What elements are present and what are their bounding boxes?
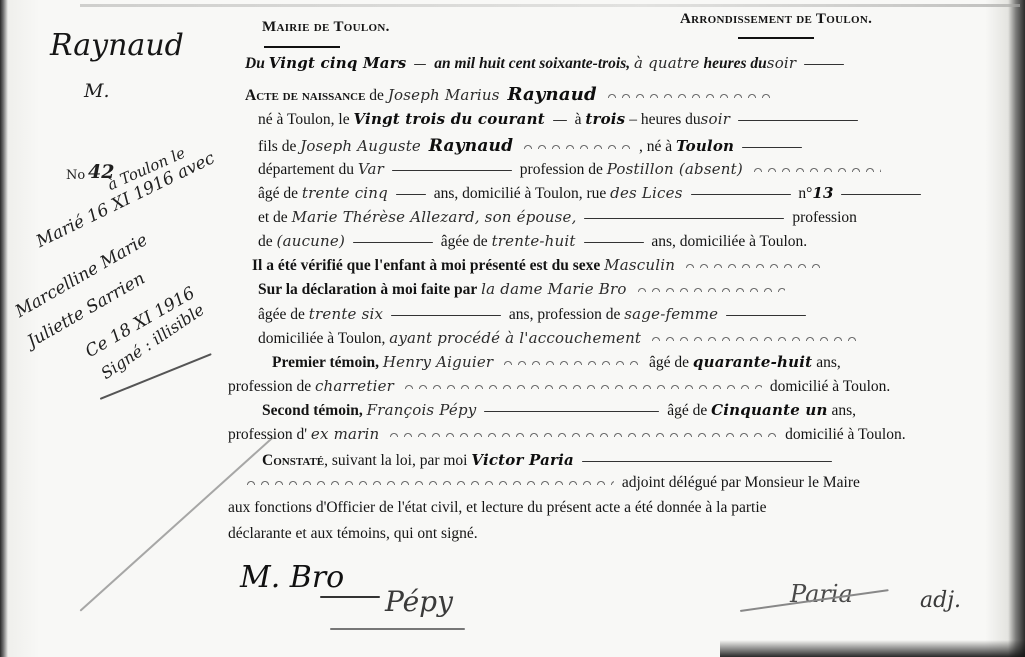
line-father-age: âgé de trente cinq ans, domicilié à Toul… (258, 184, 925, 203)
line-sex: Il a été vérifié que l'enfant à moi prés… (252, 256, 827, 275)
line-adjoint: adjoint délégué par Monsieur le Maire (240, 474, 860, 492)
line-witness1: Premier témoin, Henry Aiguier âgé de qua… (272, 353, 841, 372)
margin-note-line: Marié 16 XI 1916 avec (33, 148, 218, 252)
line-declarante: déclarante et aux témoins, qui ont signé… (228, 525, 478, 543)
line-declarant-domicile: domiciliée à Toulon, ayant procédé à l'a… (258, 329, 863, 348)
line-date: Du Vingt cinq Mars an mil huit cent soix… (245, 54, 848, 73)
line-departement: département du Var profession de Postill… (258, 160, 885, 179)
line-witness2-profession: profession d' ex marin domicilié à Toulo… (228, 425, 906, 444)
margin-initial: M. (84, 80, 110, 102)
header-arrondissement: Arrondissement de Toulon. (680, 11, 872, 28)
line-birth: né à Toulon, le Vingt trois du courant à… (258, 110, 862, 129)
margin-surname: Raynaud (50, 28, 184, 63)
header-right-rule (738, 37, 814, 39)
top-rule (80, 4, 1020, 7)
header-mairie: Mairie de Toulon. (262, 19, 390, 36)
signature-bro-flourish (320, 596, 380, 598)
line-declarant-age: âgée de trente six ans, profession de sa… (258, 305, 810, 324)
line-witness2: Second témoin, François Pépy âgé de Cinq… (262, 401, 856, 420)
line-fonctions: aux fonctions d'Officier de l'état civil… (228, 499, 767, 517)
line-witness1-profession: profession de charretier domicilié à Tou… (228, 377, 890, 396)
signature-pepy-flourish (330, 628, 465, 630)
line-father: fils de Joseph Auguste Raynaud , né à To… (258, 136, 806, 156)
scanned-page: Mairie de Toulon. Arrondissement de Toul… (0, 0, 1025, 657)
line-mother-age: de (aucune) âgée de trente-huit ans, dom… (258, 232, 807, 251)
signature-pepy: Pépy (385, 585, 453, 618)
line-mother: et de Marie Thérèse Allezard, son épouse… (258, 208, 857, 227)
line-acte: Acte de naissance de Joseph Marius Rayna… (245, 84, 779, 105)
signature-bro: M. Bro (240, 560, 344, 595)
line-constate: Constaté, suivant la loi, par moi Victor… (262, 451, 836, 470)
signature-adjoint: adj. (920, 588, 961, 613)
page-edge-shadow (720, 640, 1025, 657)
margin-number-label: No (66, 168, 85, 183)
header-left-rule (264, 46, 340, 48)
signature-paria: Paria (790, 580, 853, 608)
line-declarant: Sur la déclaration à moi faite par la da… (258, 280, 789, 299)
